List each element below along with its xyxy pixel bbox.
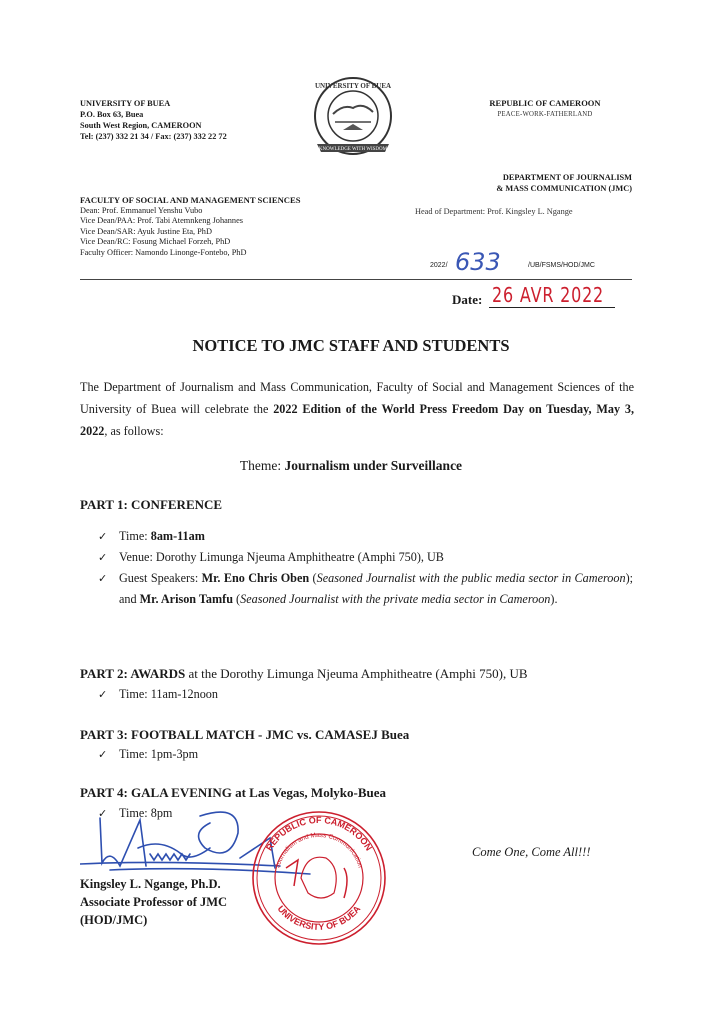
department-line1: DEPARTMENT OF JOURNALISM	[420, 172, 632, 183]
part1-speakers: ✓ Guest Speakers: Mr. Eno Chris Oben (Se…	[98, 568, 633, 610]
country-motto: PEACE-WORK-FATHERLAND	[440, 111, 650, 118]
svg-text:Journalism and Mass Communicat: Journalism and Mass Communication	[274, 832, 363, 869]
part4-heading: PART 4: GALA EVENING at Las Vegas, Molyk…	[80, 785, 386, 801]
notice-intro: The Department of Journalism and Mass Co…	[80, 376, 634, 442]
intro-end: , as follows:	[104, 424, 163, 438]
date-underline	[489, 307, 615, 308]
faculty-officer: Vice Dean/RC: Fosung Michael Forzeh, PhD	[80, 237, 301, 248]
svg-text:UNIVERSITY OF BUEA: UNIVERSITY OF BUEA	[315, 82, 391, 90]
speaker1-desc: Seasoned Journalist with the public medi…	[317, 571, 626, 585]
faculty-officer: Faculty Officer: Namondo Linonge-Fontebo…	[80, 248, 301, 259]
part2-time: ✓ Time: 11am-12noon	[98, 684, 633, 705]
closing-line: Come One, Come All!!!	[472, 845, 591, 860]
country-name: REPUBLIC OF CAMEROON	[440, 98, 650, 108]
reference-suffix: /UB/FSMS/HOD/JMC	[528, 262, 595, 269]
speaker2-name: Mr. Arison Tamfu	[140, 592, 233, 606]
date-label: Date:	[452, 292, 482, 308]
university-seal-icon: UNIVERSITY OF BUEA KNOWLEDGE WITH WISDOM	[303, 74, 403, 164]
part2-details: ✓ Time: 11am-12noon	[98, 684, 633, 705]
part1-heading: PART 1: CONFERENCE	[80, 497, 222, 513]
time-text: Time: 11am-12noon	[119, 687, 218, 701]
part1-time: ✓ Time: 8am-11am	[98, 526, 633, 547]
faculty-block: FACULTY OF SOCIAL AND MANAGEMENT SCIENCE…	[80, 195, 301, 258]
region: South West Region, CAMEROON	[80, 120, 227, 131]
signatory-block: Kingsley L. Ngange, Ph.D. Associate Prof…	[80, 875, 227, 929]
department-line2: & MASS COMMUNICATION (JMC)	[420, 183, 632, 194]
svg-text:UNIVERSITY OF BUEA: UNIVERSITY OF BUEA	[276, 903, 363, 932]
notice-title: NOTICE TO JMC STAFF AND STUDENTS	[0, 336, 702, 356]
contacts: Tel: (237) 332 21 34 / Fax: (237) 332 22…	[80, 131, 227, 142]
part3-details: ✓ Time: 1pm-3pm	[98, 744, 633, 765]
time-value: 8am-11am	[151, 529, 205, 543]
part2-venue: at the Dorothy Limunga Njeuma Amphitheat…	[185, 666, 527, 681]
theme-label: Theme:	[240, 458, 285, 473]
part3-time: ✓ Time: 1pm-3pm	[98, 744, 633, 765]
po-box: P.O. Box 63, Buea	[80, 109, 227, 120]
reference-number: 2022/ 633 /UB/FSMS/HOD/JMC	[430, 262, 640, 269]
svg-text:KNOWLEDGE WITH WISDOM: KNOWLEDGE WITH WISDOM	[319, 147, 388, 152]
university-address: UNIVERSITY OF BUEA P.O. Box 63, Buea Sou…	[80, 98, 227, 142]
faculty-officer: Vice Dean/PAA: Prof. Tabi Atemnkeng Joha…	[80, 216, 301, 227]
speaker2-desc: Seasoned Journalist with the private med…	[240, 592, 550, 606]
speakers-label: Guest Speakers:	[119, 571, 202, 585]
institution-name: UNIVERSITY OF BUEA	[80, 98, 227, 109]
signatory-role: (HOD/JMC)	[80, 911, 227, 929]
reference-prefix: 2022/	[430, 262, 448, 269]
checkmark-icon: ✓	[98, 744, 107, 765]
header-divider	[80, 279, 632, 280]
faculty-officer: Vice Dean/SAR: Ayuk Justine Eta, PhD	[80, 227, 301, 238]
checkmark-icon: ✓	[98, 568, 107, 589]
time-label: Time:	[119, 529, 151, 543]
time-text: Time: 1pm-3pm	[119, 747, 198, 761]
venue-text: Venue: Dorothy Limunga Njeuma Amphitheat…	[119, 550, 444, 564]
checkmark-icon: ✓	[98, 526, 107, 547]
part3-heading: PART 3: FOOTBALL MATCH - JMC vs. CAMASEJ…	[80, 727, 409, 743]
reference-handwritten-number: 633	[455, 248, 501, 276]
department-name: DEPARTMENT OF JOURNALISM & MASS COMMUNIC…	[420, 172, 632, 194]
part1-details: ✓ Time: 8am-11am ✓ Venue: Dorothy Limung…	[98, 526, 633, 610]
signatory-name: Kingsley L. Ngange, Ph.D.	[80, 875, 227, 893]
faculty-officer: Dean: Prof. Emmanuel Yenshu Vubo	[80, 206, 301, 217]
signatory-title: Associate Professor of JMC	[80, 893, 227, 911]
head-of-department: Head of Department: Prof. Kingsley L. Ng…	[415, 207, 573, 216]
checkmark-icon: ✓	[98, 684, 107, 705]
checkmark-icon: ✓	[98, 547, 107, 568]
speaker1-name: Mr. Eno Chris Oben	[202, 571, 310, 585]
official-stamp-icon: REPUBLIC OF CAMEROON Journalism and Mass…	[246, 808, 392, 948]
theme: Theme: Journalism under Surveillance	[0, 458, 702, 474]
part1-venue: ✓ Venue: Dorothy Limunga Njeuma Amphithe…	[98, 547, 633, 568]
part2-title: PART 2: AWARDS	[80, 666, 185, 681]
faculty-title: FACULTY OF SOCIAL AND MANAGEMENT SCIENCE…	[80, 195, 301, 206]
theme-value: Journalism under Surveillance	[285, 458, 463, 473]
country-header: REPUBLIC OF CAMEROON PEACE-WORK-FATHERLA…	[440, 98, 650, 118]
part2-heading: PART 2: AWARDS at the Dorothy Limunga Nj…	[80, 666, 528, 682]
date-stamp: 26 AVR 2022	[492, 283, 604, 307]
